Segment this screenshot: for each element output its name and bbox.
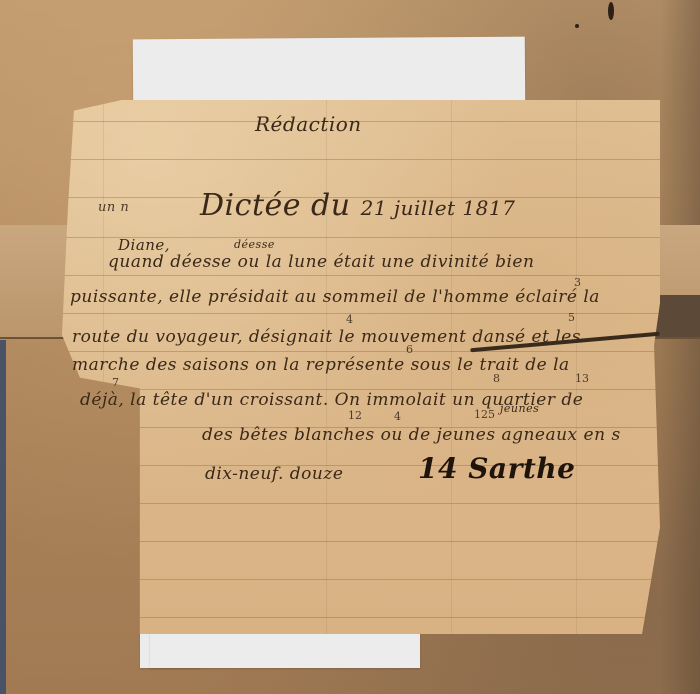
superscript-mark: 125: [474, 408, 495, 421]
superscript-mark: 4: [394, 410, 401, 423]
interlinear-note: déesse: [234, 238, 275, 251]
line-marker: un n: [98, 200, 129, 215]
signature: 14 Sarthe: [418, 452, 575, 485]
text-line-1: quand déesse ou la lune était une divini…: [108, 252, 534, 272]
text-line-6: des bêtes blanches ou de jeunes agneaux …: [202, 425, 621, 445]
document-heading: Rédaction: [255, 112, 362, 136]
superscript-mark: 3: [574, 276, 581, 289]
superscript-mark: 13: [575, 372, 589, 385]
damaged-edge: [655, 295, 700, 337]
ink-spot: [575, 24, 579, 28]
superscript-mark: 12: [348, 409, 362, 422]
text-line-7: dix-neuf. douze: [205, 464, 343, 484]
document-title: Dictée du 21 juillet 1817: [200, 188, 515, 223]
ink-blot: [608, 2, 614, 20]
superscript-mark: 5: [568, 311, 575, 324]
interlinear-note: jeunes: [500, 402, 539, 415]
tissue-paper-top: [133, 37, 525, 108]
superscript-mark: 4: [346, 313, 353, 326]
binding-edge: [0, 340, 6, 694]
text-line-3: route du voyageur, désignait le mouvemen…: [72, 327, 581, 347]
superscript-mark: 7: [112, 376, 119, 389]
superscript-mark: 6: [406, 343, 413, 356]
text-line-2: puissante, elle présidait au sommeil de …: [70, 287, 600, 307]
superscript-mark: 8: [493, 372, 500, 385]
title-date: 21 juillet 1817: [361, 196, 516, 220]
board-shadow: [660, 0, 700, 694]
title-text: Dictée du: [200, 188, 351, 223]
